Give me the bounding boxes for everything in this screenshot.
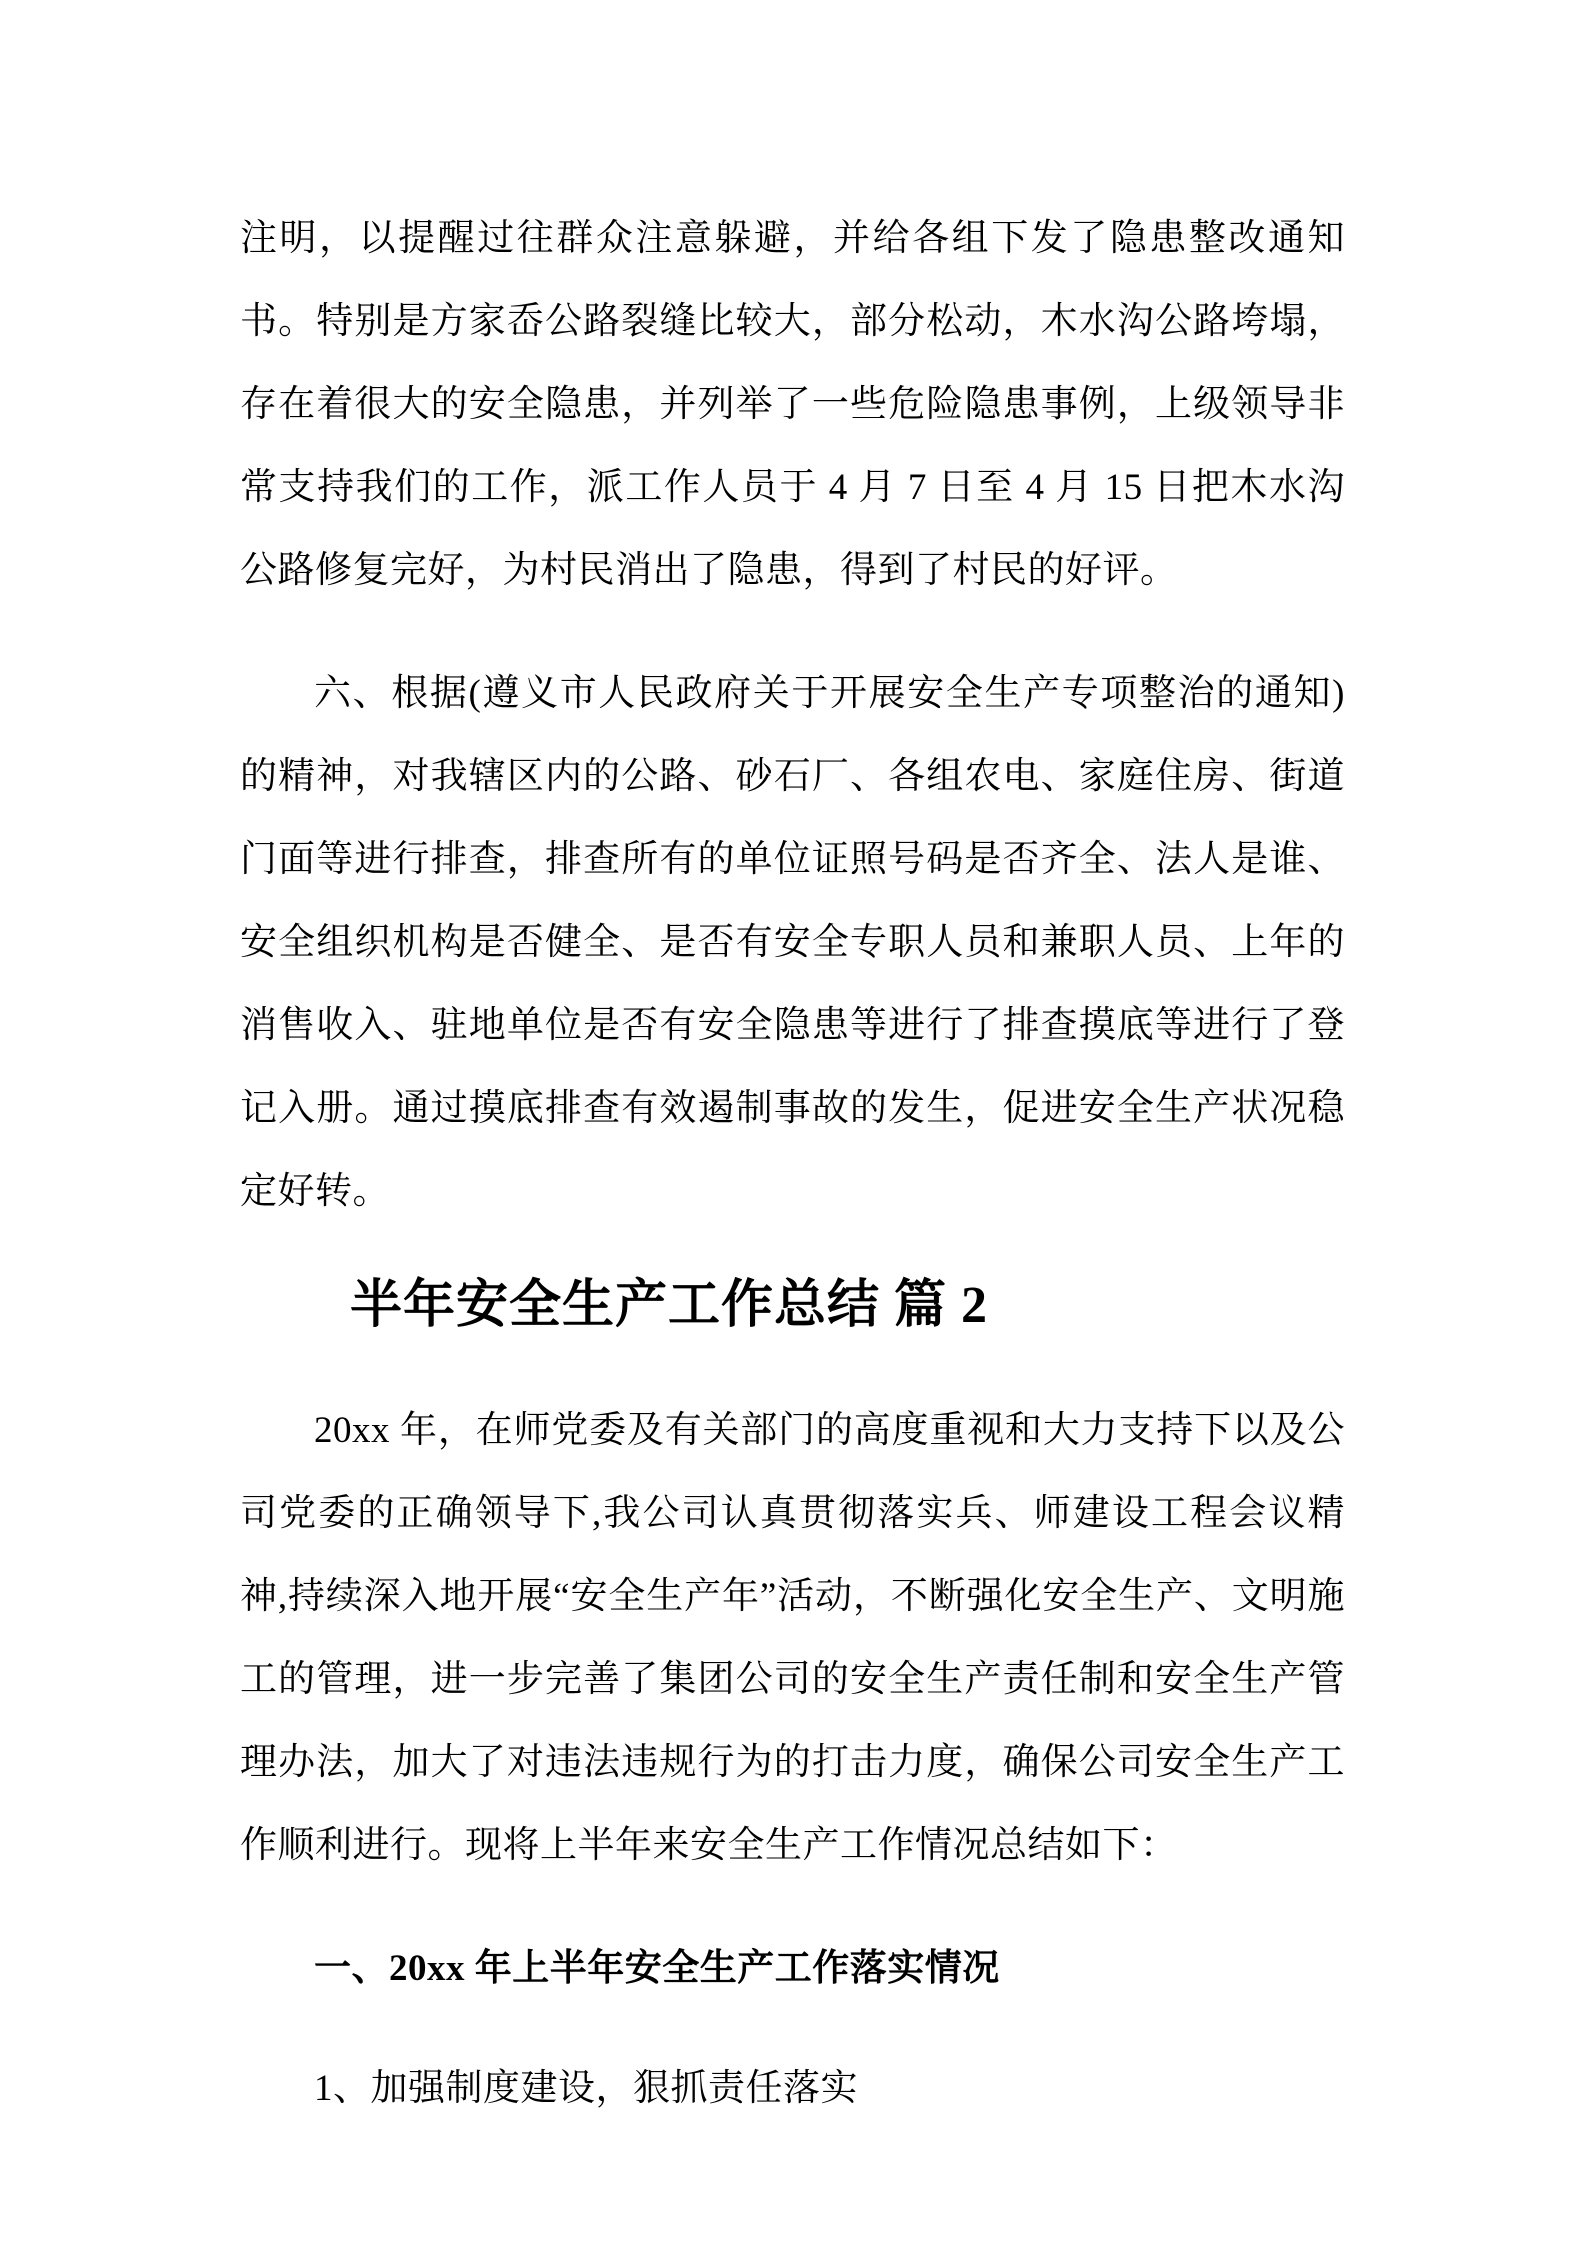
paragraph-continuation: 注明，以提醒过往群众注意躲避，并给各组下发了隐患整改通知书。特别是方家岙公路裂缝… [240, 197, 1345, 612]
section-heading: 半年安全生产工作总结 篇 2 [240, 1261, 1345, 1351]
document-page: 注明，以提醒过往群众注意躲避，并给各组下发了隐患整改通知书。特别是方家岙公路裂缝… [0, 0, 1587, 2245]
subitem-1: 1、加强制度建设，狠抓责任落实 [240, 2047, 1345, 2130]
paragraph-intro: 20xx 年，在师党委及有关部门的高度重视和大力支持下以及公司党委的正确领导下,… [240, 1389, 1345, 1887]
paragraph-section-six: 六、根据(遵义市人民政府关于开展安全生产专项整治的通知)的精神，对我辖区内的公路… [240, 652, 1345, 1233]
subheading-part-one: 一、20xx 年上半年安全生产工作落实情况 [240, 1927, 1345, 2010]
